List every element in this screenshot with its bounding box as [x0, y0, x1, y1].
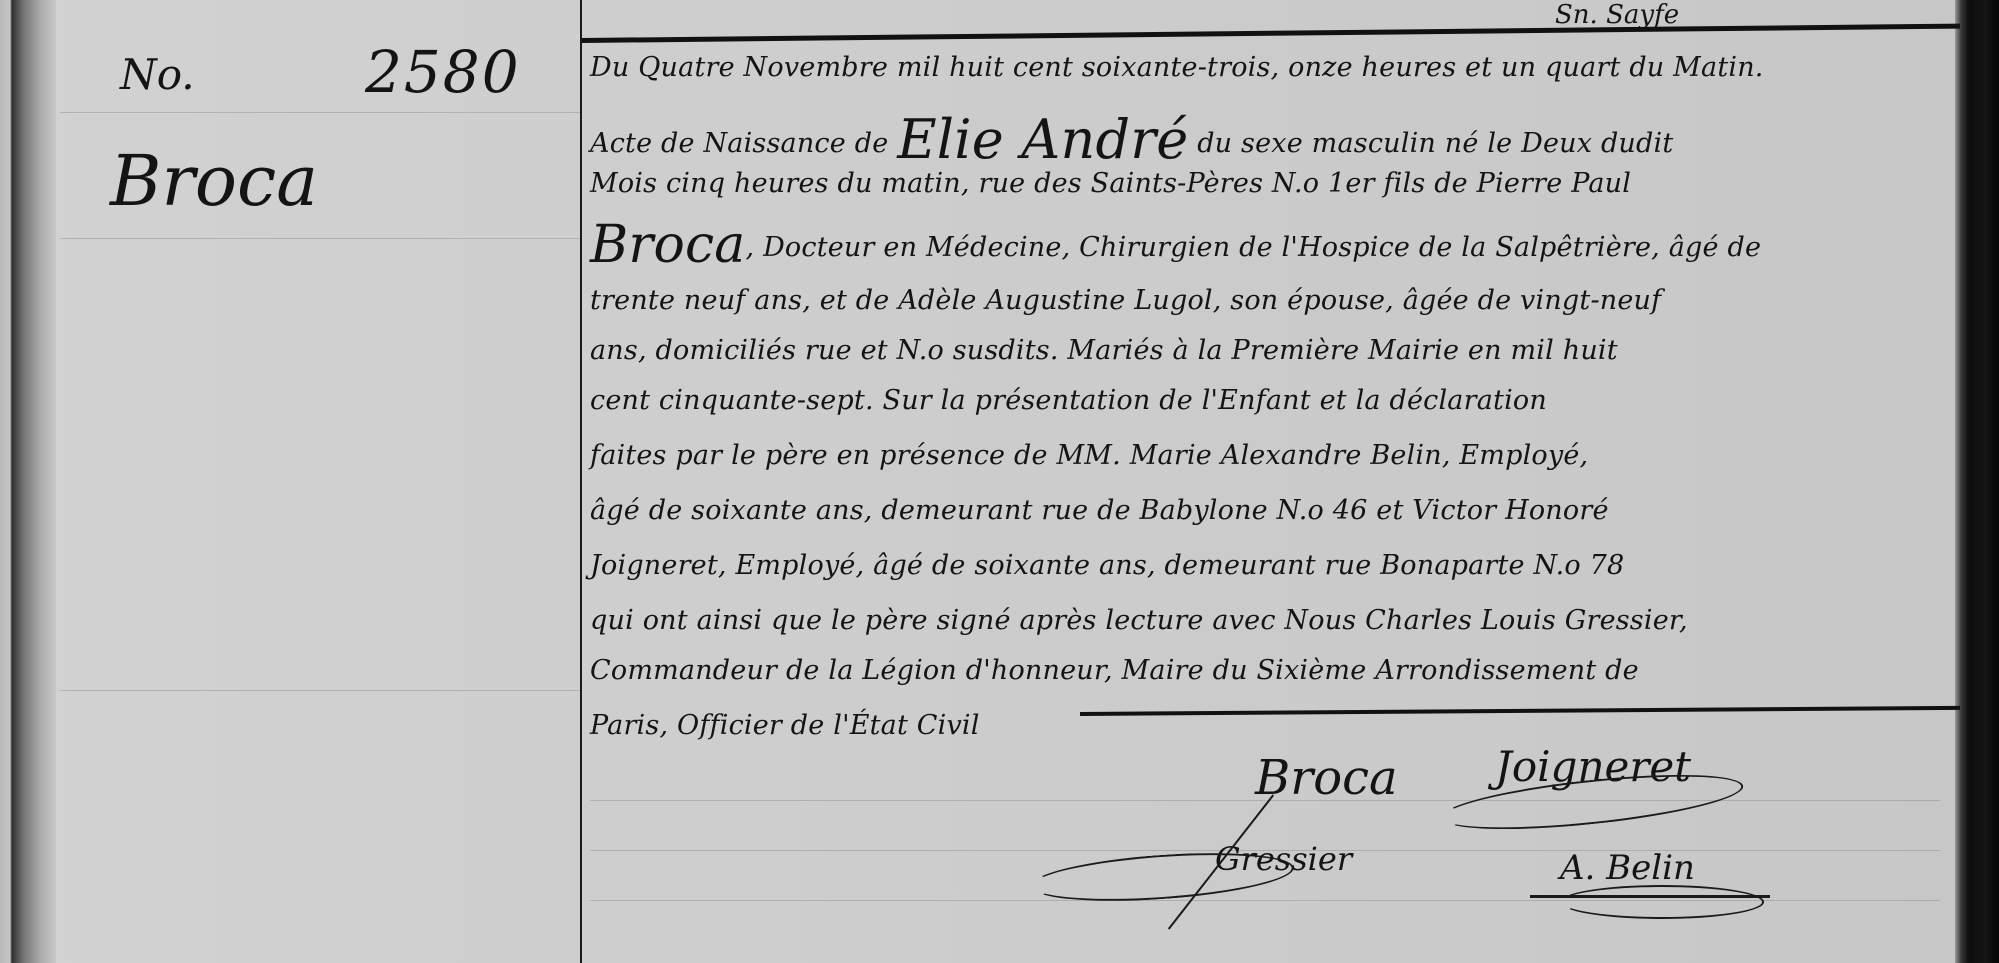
- ruled-line: [60, 112, 580, 113]
- entry-line-9: âgé de soixante ans, demeurant rue de Ba…: [590, 495, 1609, 526]
- entry-number-label: No.: [120, 50, 195, 99]
- column-divider: [580, 0, 582, 963]
- entry-line-1: Du Quatre Novembre mil huit cent soixant…: [590, 52, 1764, 83]
- page-binding-left: [0, 0, 56, 963]
- entry-closing-rule: [1080, 706, 1960, 716]
- ruled-line: [60, 238, 580, 239]
- entry-line-8: faites par le père en présence de MM. Ma…: [590, 440, 1588, 471]
- entry-line-7: cent cinquante-sept. Sur la présentation…: [590, 385, 1547, 416]
- signature-witness-belin: A. Belin: [1560, 848, 1695, 888]
- entry-number: 2580: [365, 38, 521, 106]
- child-name: Elie André: [897, 108, 1188, 171]
- entry-line-10: Joigneret, Employé, âgé de soixante ans,…: [590, 550, 1624, 581]
- entry-title: Acte de Naissance de: [590, 128, 888, 159]
- signature-underline: [1530, 895, 1770, 898]
- ruled-line: [60, 690, 580, 691]
- entry-line-4: Broca, Docteur en Médecine, Chirurgien d…: [590, 215, 1761, 275]
- entry-line-13: Paris, Officier de l'État Civil: [590, 710, 980, 741]
- entry-line-2: Acte de Naissance de Elie André du sexe …: [590, 108, 1673, 171]
- entry-line-5: trente neuf ans, et de Adèle Augustine L…: [590, 285, 1661, 316]
- entry-line-11: qui ont ainsi que le père signé après le…: [590, 605, 1688, 636]
- margin-surname: Broca: [110, 140, 318, 222]
- previous-entry-signature-fragment: Sn. Sayfe: [1555, 0, 1679, 30]
- child-sex-birth: du sexe masculin né le Deux dudit: [1197, 128, 1673, 159]
- entry-line-12: Commandeur de la Légion d'honneur, Maire…: [590, 655, 1639, 686]
- page-binding-right: [1955, 0, 1999, 963]
- signature-flourish: [1029, 846, 1295, 908]
- entry-top-rule: [582, 24, 1960, 43]
- entry-line-3: Mois cinq heures du matin, rue des Saint…: [590, 168, 1631, 199]
- register-page: Sn. Sayfe No. 2580 Broca Du Quatre Novem…: [0, 0, 1999, 963]
- father-occupation: , Docteur en Médecine, Chirurgien de l'H…: [746, 232, 1762, 263]
- signature-flourish: [1560, 885, 1764, 919]
- signature-father: Broca: [1255, 750, 1398, 806]
- father-surname: Broca: [590, 215, 746, 275]
- entry-line-6: ans, domiciliés rue et N.o susdits. Mari…: [590, 335, 1618, 366]
